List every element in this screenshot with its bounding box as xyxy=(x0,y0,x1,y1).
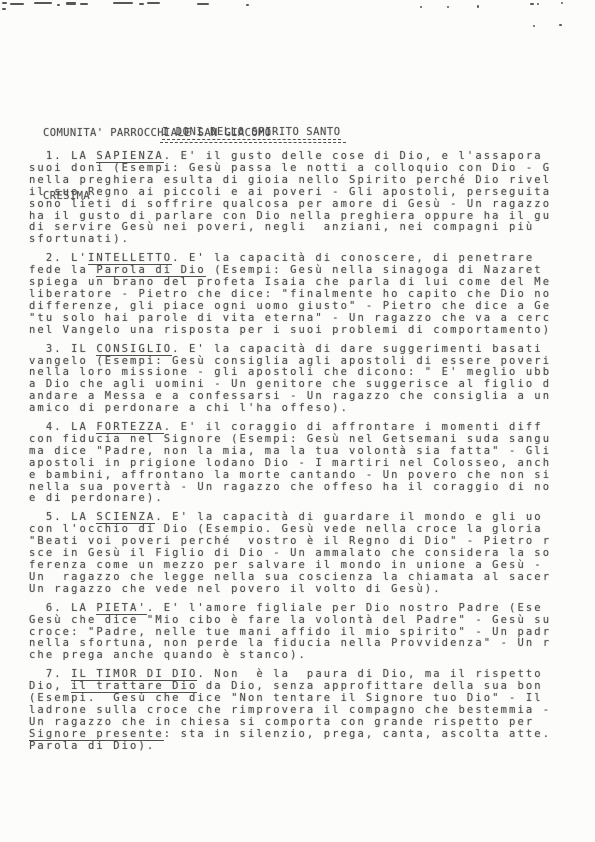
text-segment: . E' il gusto delle cose di Dio, e l'ass… xyxy=(29,150,551,245)
scan-speck xyxy=(147,2,160,4)
scan-speck xyxy=(57,4,60,6)
text-segment: 2. L' xyxy=(29,252,88,264)
scan-speck xyxy=(420,6,422,8)
paragraph: 3. IL CONSIGLIO. E' la capacità di dare … xyxy=(29,344,585,415)
scan-speck xyxy=(530,3,534,5)
title-row: I DONI DELLO SPIRITO SANTO xyxy=(162,120,341,140)
text-segment: 1. LA xyxy=(29,150,96,162)
text-segment: . E' il coraggio di affrontare i momenti… xyxy=(29,421,551,504)
text-segment: 3. IL xyxy=(29,343,96,355)
paragraph: 4. LA FORTEZZA. E' il coraggio di affron… xyxy=(29,422,585,505)
scan-speck xyxy=(2,2,7,4)
scan-speck xyxy=(447,6,449,8)
document-body: 1. LA SAPIENZA. E' il gusto delle cose d… xyxy=(29,151,585,760)
text-segment: 5. LA xyxy=(29,511,96,523)
scan-speck xyxy=(559,24,562,26)
scan-speck xyxy=(139,3,144,5)
scan-speck xyxy=(10,3,24,5)
scan-speck xyxy=(66,2,76,5)
paragraph: 5. LA SCIENZA. E' la capacità di guardar… xyxy=(29,512,585,595)
scan-speck xyxy=(537,3,539,5)
paragraph: 6. LA PIETA'. E' l'amore figliale per Di… xyxy=(29,603,585,663)
scan-speck xyxy=(197,3,209,5)
document-title: I DONI DELLO SPIRITO SANTO xyxy=(162,126,341,140)
paragraph: 2. L'INTELLETTO. E' la capacità di conos… xyxy=(29,253,585,336)
scan-speck xyxy=(561,2,563,4)
text-segment: . E' la capacità di guardare il mondo e … xyxy=(29,511,551,594)
scan-speck xyxy=(477,5,479,8)
text-segment: 4. LA xyxy=(29,421,96,433)
scanned-document-page: COMUNITA' PARROCCHIALE SAN GIACOMO CRESI… xyxy=(0,0,595,842)
text-segment: 7. xyxy=(29,668,71,680)
scan-speck xyxy=(2,8,6,10)
scan-speck xyxy=(113,2,133,4)
scan-speck xyxy=(533,25,535,27)
text-segment: 6. LA xyxy=(29,602,96,614)
paragraph: 7. IL TIMOR DI DIO. Non è la paura di Di… xyxy=(29,669,585,752)
scan-speck xyxy=(34,2,52,4)
scan-speck xyxy=(80,3,88,5)
scan-speck xyxy=(246,4,249,6)
paragraph: 1. LA SAPIENZA. E' il gusto delle cose d… xyxy=(29,151,585,246)
